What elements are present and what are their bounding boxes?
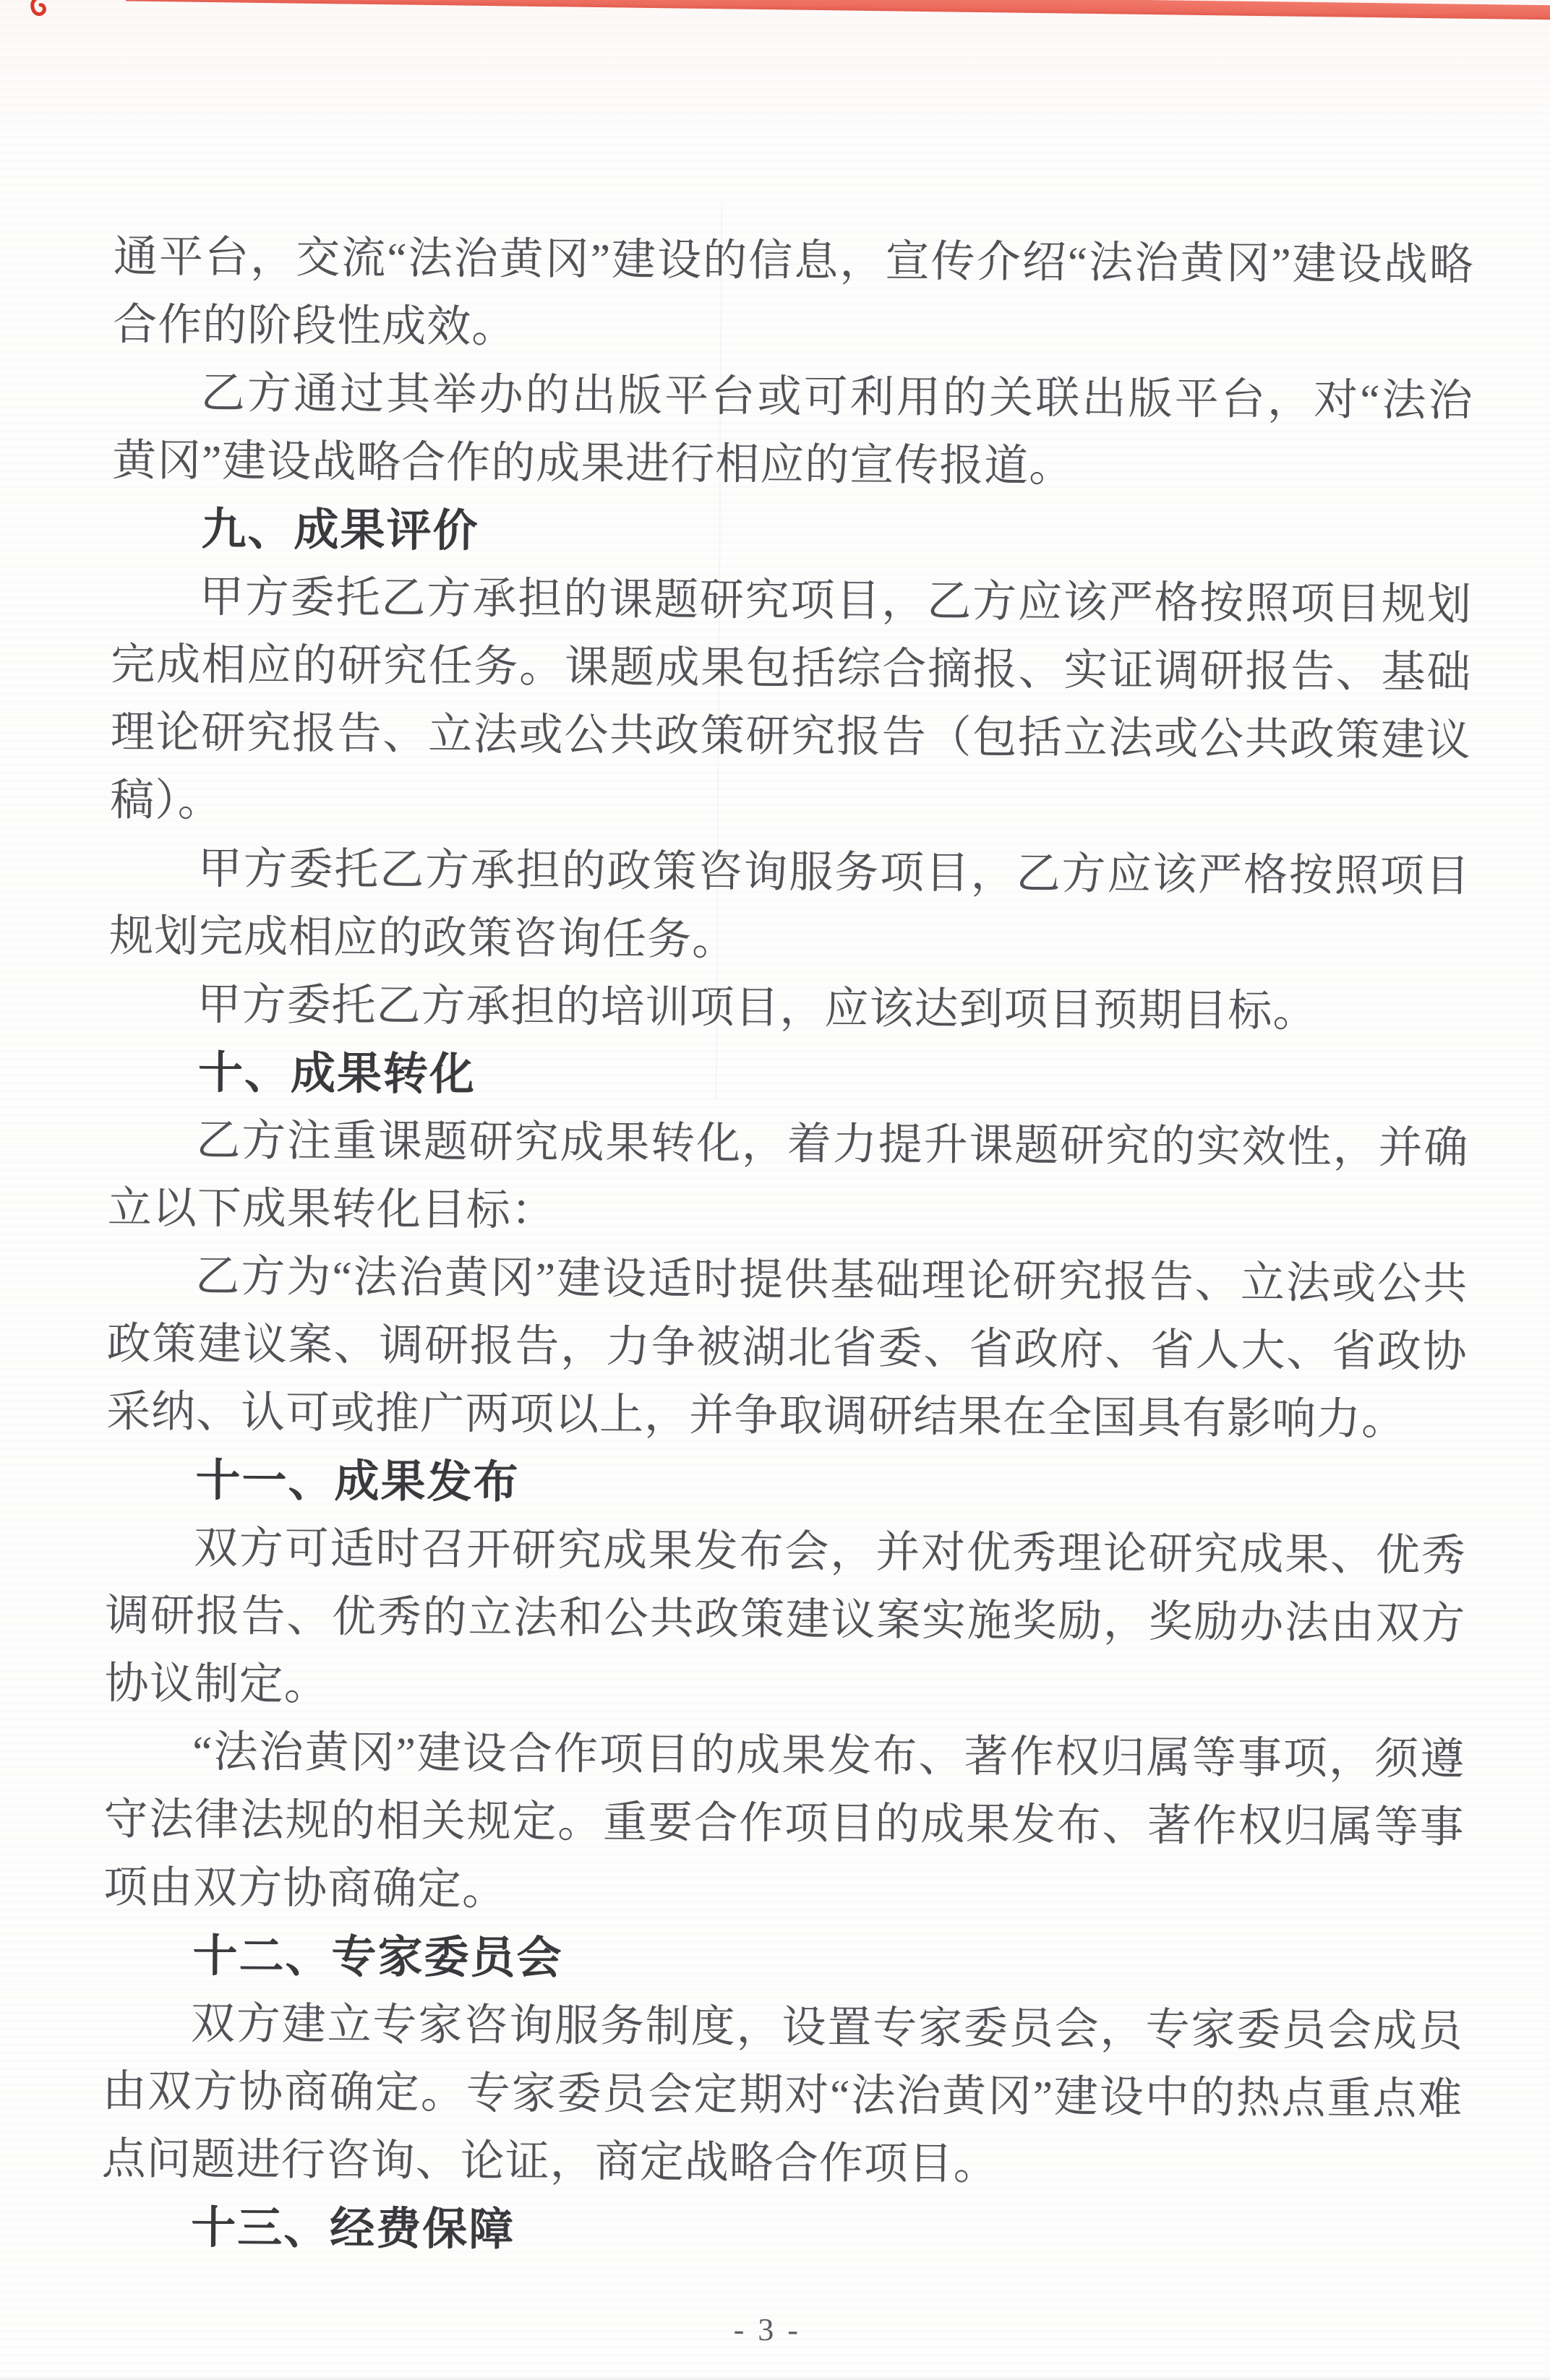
scan-red-band-artifact — [126, 0, 1550, 23]
paragraph: 甲方委托乙方承担的课题研究项目，乙方应该严格按照项目规划完成相应的研究任务。课题… — [110, 563, 1472, 843]
paragraph: 双方建立专家咨询服务制度，设置专家委员会，专家委员会成员由双方协商确定。专家委员… — [101, 1990, 1463, 2201]
section-heading: 十三、经费保障 — [101, 2194, 1463, 2269]
paragraph: 乙方通过其举办的出版平台或可利用的关联出版平台，对“法治黄冈”建设战略合作的成果… — [112, 359, 1473, 503]
paragraph: 乙方为“法治黄冈”建设适时提供基础理论研究报告、立法或公共政策建议案、调研报告，… — [106, 1242, 1468, 1454]
scan-bottom-smudge — [0, 2376, 1550, 2380]
paragraph: “法治黄冈”建设合作项目的成果发布、著作权归属等事项，须遵守法律法规的相关规定。… — [103, 1718, 1465, 1930]
scanned-document-page: { "page": { "number_label": "- 3 -", "ac… — [0, 0, 1550, 2380]
paragraph: 甲方委托乙方承担的培训项目，应该达到项目预期目标。 — [108, 971, 1470, 1047]
paragraph: 通平台，交流“法治黄冈”建设的信息，宣传介绍“法治黄冈”建设战略合作的阶段性成效… — [113, 223, 1474, 367]
paragraph: 甲方委托乙方承担的政策咨询服务项目，乙方应该严格按照项目规划完成相应的政策咨询任… — [109, 835, 1470, 979]
paragraph: 双方可适时召开研究成果发布会，并对优秀理论研究成果、优秀调研报告、优秀的立法和公… — [105, 1514, 1467, 1726]
section-heading: 九、成果评价 — [111, 495, 1473, 571]
document-body: 通平台，交流“法治黄冈”建设的信息，宣传介绍“法治黄冈”建设战略合作的阶段性成效… — [101, 223, 1474, 2269]
section-heading: 十二、专家委员会 — [103, 1922, 1464, 1998]
page-number: - 3 - — [0, 2306, 1542, 2353]
scan-rotated-layer: 通平台，交流“法治黄冈”建设的信息，宣传介绍“法治黄冈”建设战略合作的阶段性成效… — [0, 0, 1550, 2380]
paragraph: 乙方注重课题研究成果转化，着力提升课题研究的实效性，并确立以下成果转化目标： — [108, 1107, 1469, 1250]
red-pen-mark — [25, 0, 59, 22]
section-heading: 十、成果转化 — [108, 1039, 1470, 1114]
section-heading: 十一、成果发布 — [106, 1446, 1467, 1522]
